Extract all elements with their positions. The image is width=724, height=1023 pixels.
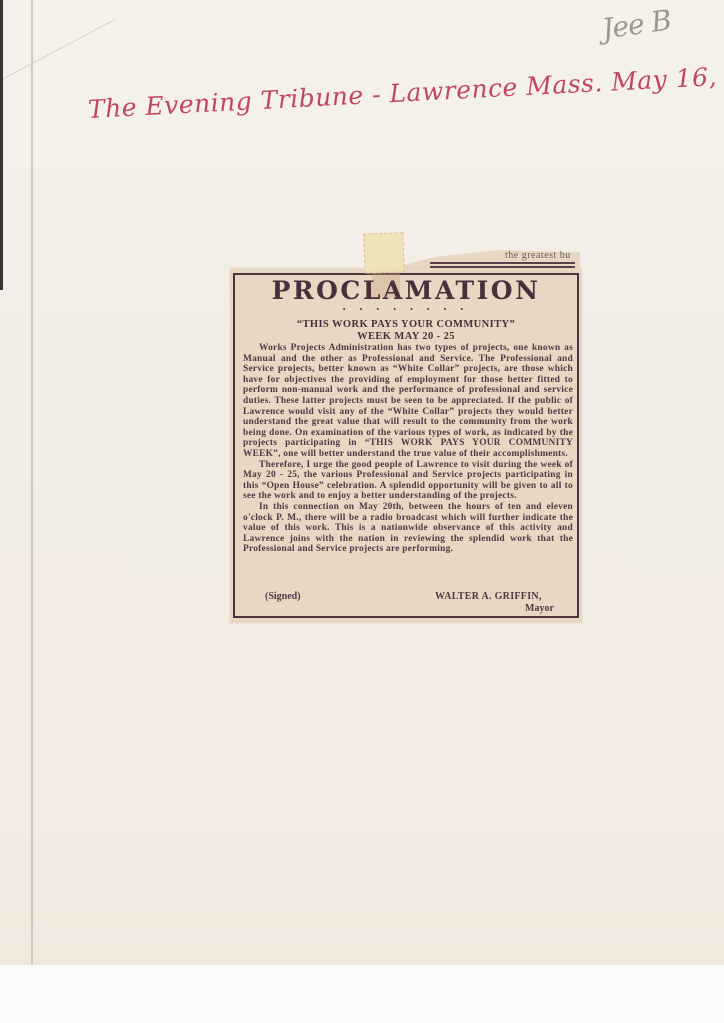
adhesive-tape (363, 232, 404, 273)
clipping-scrap-text: the greatest bu (505, 250, 571, 261)
signatory-title: Mayor (525, 603, 554, 614)
scan-bottom-margin (0, 965, 724, 1023)
clipping-body: Works Projects Administration has two ty… (243, 343, 573, 555)
clipping-headline: PROCLAMATION (233, 276, 579, 305)
ornament-dots: • • • • • • • • (233, 305, 579, 314)
clipping-subhead: “THIS WORK PAYS YOUR COMMUNITY” (233, 319, 579, 330)
signatory-name: WALTER A. GRIFFIN, (435, 591, 542, 602)
signed-label: (Signed) (265, 591, 301, 602)
body-paragraph: In this connection on May 20th, between … (243, 502, 573, 555)
body-paragraph: Works Projects Administration has two ty… (243, 343, 573, 460)
scrap-rule-top (430, 262, 575, 264)
clipping-subhead-week: WEEK MAY 20 - 25 (233, 331, 579, 342)
body-paragraph: Therefore, I urge the good people of Law… (243, 460, 573, 502)
binder-fold-line (31, 0, 33, 1023)
page-left-edge (0, 0, 3, 290)
